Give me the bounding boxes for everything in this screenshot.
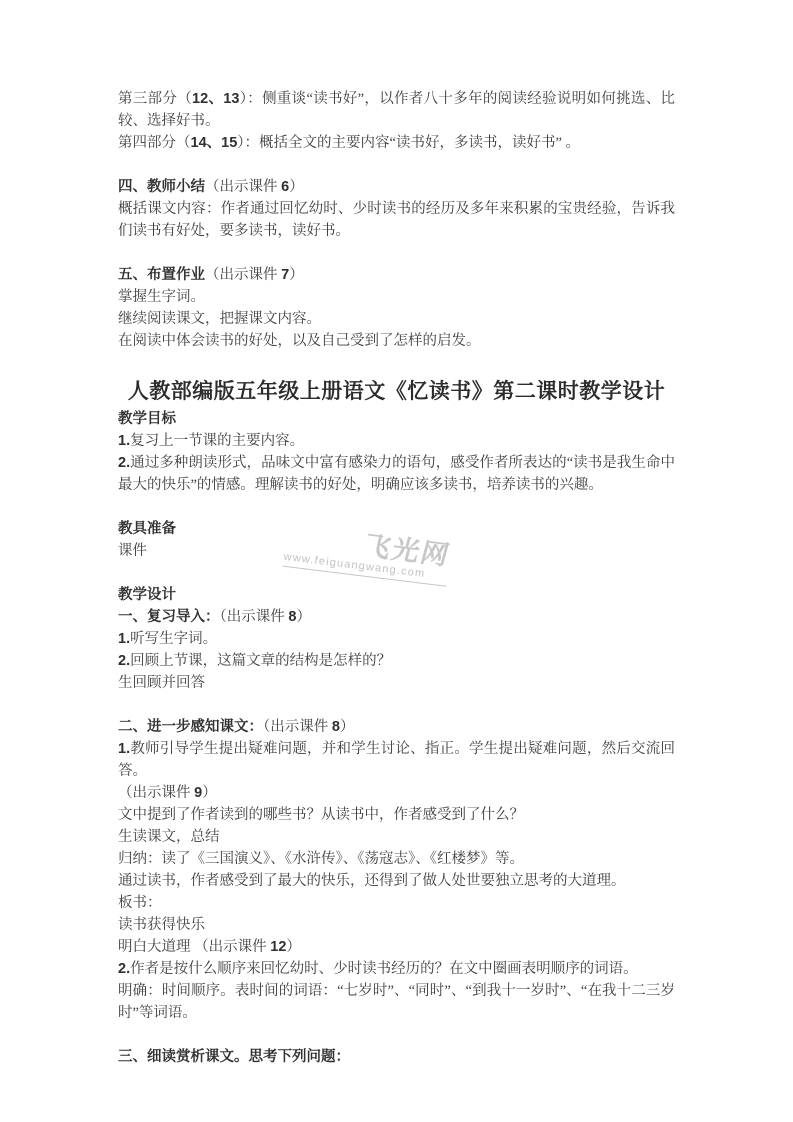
- blank-line: [118, 352, 675, 374]
- text-run: 明确：时间顺序。表时间的词语：“七岁时”、“同时”、“到我十一岁时”、“在我十二…: [118, 983, 675, 1021]
- paragraph: 五、布置作业（出示课件 7）: [118, 264, 675, 286]
- paragraph: （出示课件 9）: [118, 782, 675, 804]
- paragraph: 教具准备: [118, 518, 675, 540]
- text-run: 四、教师小结: [118, 179, 205, 195]
- paragraph: 继续阅读课文，把握课文内容。: [118, 308, 675, 330]
- text-run: （出示课件: [205, 267, 281, 283]
- paragraph: 生读课文，总结: [118, 826, 675, 848]
- text-run: （出示课件: [263, 719, 332, 735]
- text-run: ）: [296, 609, 311, 625]
- text-run: 作者是按什么顺序来回忆幼时、少时读书经历的？在文中圈画表明顺序的词语。: [130, 961, 638, 977]
- paragraph: 一、复习导入：（出示课件 8）: [118, 606, 675, 628]
- text-run: 生回顾并回答: [118, 675, 205, 691]
- blank-line: [118, 694, 675, 716]
- text-run: 12、13: [192, 91, 239, 107]
- text-run: ）: [289, 267, 304, 283]
- text-run: 听写生字词。: [130, 631, 217, 647]
- paragraph: 概括课文内容：作者通过回忆幼时、少时读书的经历及多年来积累的宝贵经验，告诉我们读…: [118, 198, 675, 242]
- text-run: 教学设计: [118, 587, 176, 603]
- text-run: 板书：: [118, 895, 162, 911]
- paragraph: 2.通过多种朗读形式，品味文中富有感染力的语句，感受作者所表达的“读书是我生命中…: [118, 452, 675, 496]
- text-run: ）: [286, 939, 301, 955]
- paragraph: 明确：时间顺序。表时间的词语：“七岁时”、“同时”、“到我十一岁时”、“在我十二…: [118, 980, 675, 1024]
- paragraph: 归纳：读了《三国演义》、《水浒传》、《荡寇志》、《红楼梦》等。: [118, 848, 675, 870]
- paragraph: 板书：: [118, 892, 675, 914]
- paragraph: 第三部分（12、13）：侧重谈“读书好”，以作者八十多年的阅读经验说明如何挑选、…: [118, 88, 675, 132]
- document-body: 第三部分（12、13）：侧重谈“读书好”，以作者八十多年的阅读经验说明如何挑选、…: [118, 88, 675, 1068]
- paragraph: 生回顾并回答: [118, 672, 675, 694]
- paragraph: 第四部分（14、15）：概括全文的主要内容“读书好，多读书，读好书” 。: [118, 132, 675, 154]
- text-run: 第四部分（: [118, 135, 191, 151]
- blank-line: [118, 496, 675, 518]
- text-run: 通过多种朗读形式，品味文中富有感染力的语句，感受作者所表达的“读书是我生命中最大…: [118, 455, 675, 493]
- text-run: 2.: [118, 961, 130, 977]
- paragraph: 四、教师小结（出示课件 6）: [118, 176, 675, 198]
- paragraph: 明白大道理 （出示课件 12）: [118, 936, 675, 958]
- text-run: 第三部分（: [118, 91, 192, 107]
- text-run: 二、进一步感知课文：: [118, 719, 263, 735]
- text-run: ）: [340, 719, 355, 735]
- paragraph: 掌握生字词。: [118, 286, 675, 308]
- text-run: ）: [289, 179, 304, 195]
- document-page: 第三部分（12、13）：侧重谈“读书好”，以作者八十多年的阅读经验说明如何挑选、…: [0, 0, 793, 1122]
- text-run: 继续阅读课文，把握课文内容。: [118, 311, 321, 327]
- text-run: （出示课件: [118, 785, 194, 801]
- text-run: 课件: [118, 543, 147, 559]
- text-run: 回顾上节课，这篇文章的结构是怎样的？: [130, 653, 391, 669]
- text-run: 1.: [118, 741, 130, 757]
- text-run: 9: [194, 785, 202, 801]
- text-run: （出示课件: [205, 179, 281, 195]
- text-run: 五、布置作业: [118, 267, 205, 283]
- text-run: 读书获得快乐: [118, 917, 205, 933]
- paragraph: 教学目标: [118, 408, 675, 430]
- paragraph: 1.听写生字词。: [118, 628, 675, 650]
- text-run: 2.: [118, 455, 130, 471]
- text-run: 人教部编版五年级上册语文《忆读书》第二课时教学设计: [128, 380, 666, 403]
- document-title: 人教部编版五年级上册语文《忆读书》第二课时教学设计: [118, 378, 675, 405]
- text-run: 1.: [118, 433, 130, 449]
- text-run: （出示课件: [220, 609, 289, 625]
- text-run: 明白大道理 （出示课件: [118, 939, 270, 955]
- paragraph: 文中提到了作者读到的哪些书？从读书中，作者感受到了什么？: [118, 804, 675, 826]
- blank-line: [118, 242, 675, 264]
- text-run: 14、15: [191, 135, 238, 151]
- blank-line: [118, 562, 675, 584]
- text-run: 归纳：读了《三国演义》、《水浒传》、《荡寇志》、《红楼梦》等。: [118, 851, 524, 867]
- paragraph: 读书获得快乐: [118, 914, 675, 936]
- text-run: 生读课文，总结: [118, 829, 220, 845]
- text-run: 12: [270, 939, 286, 955]
- paragraph: 1.复习上一节课的主要内容。: [118, 430, 675, 452]
- text-run: 6: [281, 179, 289, 195]
- text-run: 文中提到了作者读到的哪些书？从读书中，作者感受到了什么？: [118, 807, 524, 823]
- paragraph: 二、进一步感知课文：（出示课件 8）: [118, 716, 675, 738]
- text-run: 通过读书，作者感受到了最大的快乐，还得到了做人处世要独立思考的大道理。: [118, 873, 626, 889]
- text-run: 教学目标: [118, 411, 176, 427]
- text-run: 教师引导学生提出疑难问题，并和学生讨论、指正。学生提出疑难问题，然后交流回答。: [118, 741, 675, 779]
- paragraph: 课件: [118, 540, 675, 562]
- paragraph: 三、细读赏析课文。思考下列问题：: [118, 1046, 675, 1068]
- text-run: 掌握生字词。: [118, 289, 205, 305]
- paragraph: 通过读书，作者感受到了最大的快乐，还得到了做人处世要独立思考的大道理。: [118, 870, 675, 892]
- paragraph: 2.作者是按什么顺序来回忆幼时、少时读书经历的？在文中圈画表明顺序的词语。: [118, 958, 675, 980]
- text-run: 复习上一节课的主要内容。: [130, 433, 304, 449]
- text-run: 三、细读赏析课文。思考下列问题：: [118, 1049, 350, 1065]
- text-run: 8: [332, 719, 340, 735]
- text-run: 在阅读中体会读书的好处，以及自己受到了怎样的启发。: [118, 333, 481, 349]
- text-run: 7: [281, 267, 289, 283]
- paragraph: 1.教师引导学生提出疑难问题，并和学生讨论、指正。学生提出疑难问题，然后交流回答…: [118, 738, 675, 782]
- blank-line: [118, 154, 675, 176]
- text-run: 2.: [118, 653, 130, 669]
- text-run: 1.: [118, 631, 130, 647]
- blank-line: [118, 1024, 675, 1046]
- text-run: 教具准备: [118, 521, 176, 537]
- paragraph: 在阅读中体会读书的好处，以及自己受到了怎样的启发。: [118, 330, 675, 352]
- text-run: ）：概括全文的主要内容“读书好，多读书，读好书” 。: [237, 135, 580, 151]
- text-run: ）: [202, 785, 217, 801]
- paragraph: 2.回顾上节课，这篇文章的结构是怎样的？: [118, 650, 675, 672]
- text-run: 一、复习导入：: [118, 609, 220, 625]
- paragraph: 教学设计: [118, 584, 675, 606]
- text-run: 概括课文内容：作者通过回忆幼时、少时读书的经历及多年来积累的宝贵经验，告诉我们读…: [118, 201, 675, 239]
